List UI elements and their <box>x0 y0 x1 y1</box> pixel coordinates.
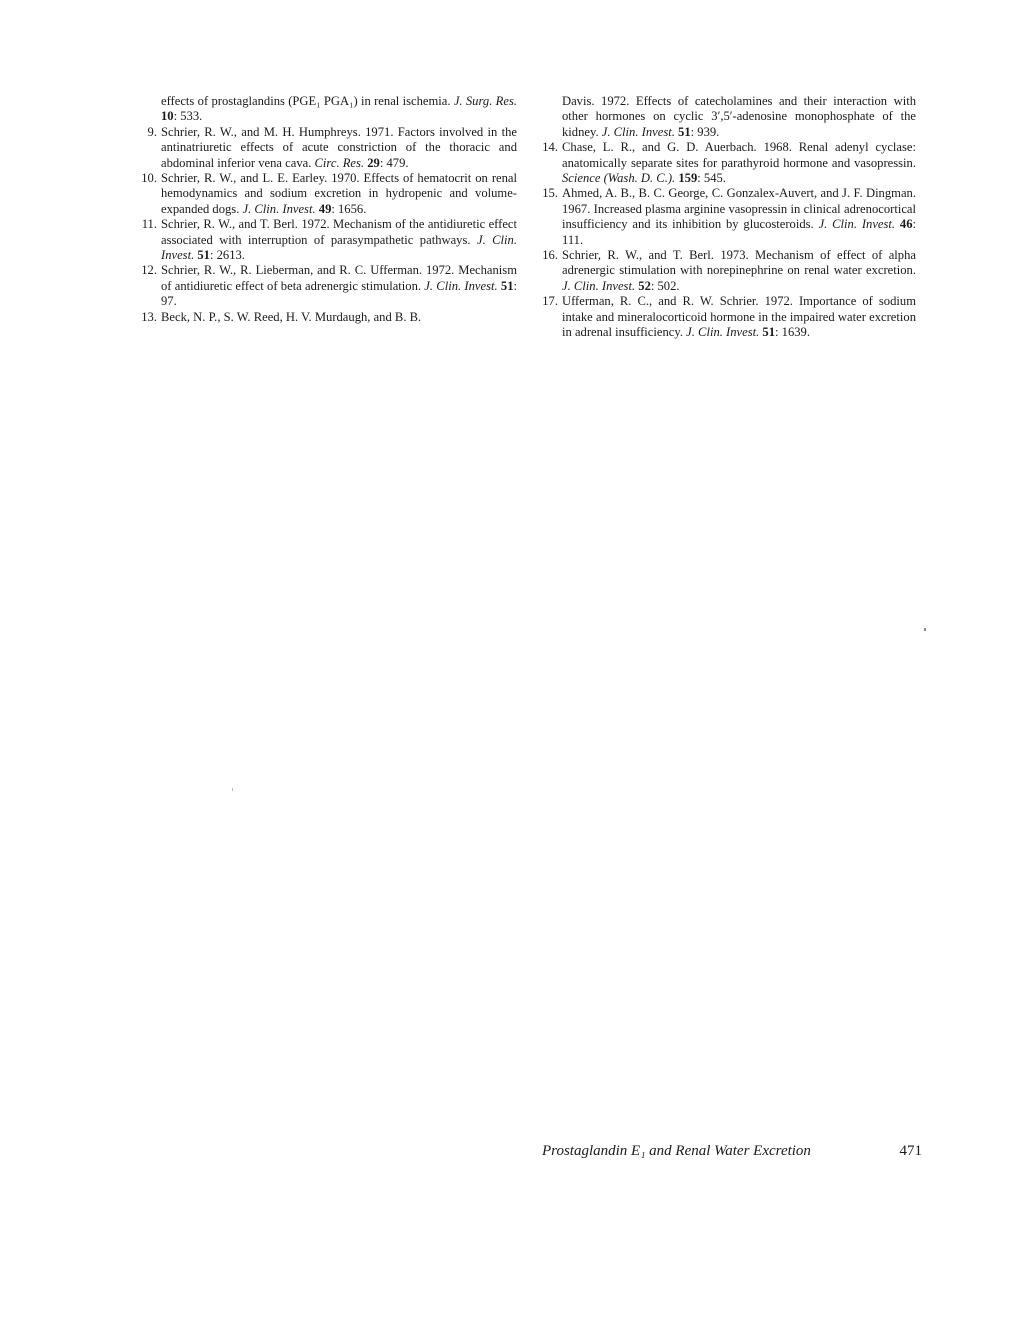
reference-item: 16. Schrier, R. W., and T. Berl. 1973. M… <box>538 248 916 294</box>
reference-number: 10. <box>137 171 157 186</box>
reference-volume: 159 <box>678 171 697 185</box>
reference-pages: : 1639. <box>775 325 810 339</box>
reference-pages: : 479. <box>380 156 409 170</box>
reference-pages: : 939. <box>691 125 720 139</box>
reference-volume: 51 <box>678 125 691 139</box>
reference-number: 17. <box>538 294 558 309</box>
reference-pages: : 502. <box>651 279 680 293</box>
references-right-column: Davis. 1972. Effects of catecholamines a… <box>538 94 916 341</box>
reference-volume: 52 <box>638 279 651 293</box>
reference-number: 9. <box>137 125 157 140</box>
reference-text: Chase, L. R., and G. D. Auerbach. 1968. … <box>562 140 916 169</box>
reference-volume: 49 <box>319 202 332 216</box>
reference-volume: 10 <box>161 109 174 123</box>
reference-journal: J. Surg. Res. <box>454 94 517 108</box>
reference-volume: 51 <box>197 248 210 262</box>
reference-item: 13. Beck, N. P., S. W. Reed, H. V. Murda… <box>137 310 517 325</box>
reference-item: 14. Chase, L. R., and G. D. Auerbach. 19… <box>538 140 916 186</box>
reference-number: 11. <box>137 217 157 232</box>
reference-journal: J. Clin. Invest. <box>602 125 675 139</box>
reference-journal: J. Clin. Invest. <box>819 217 896 231</box>
scan-speck <box>924 628 926 631</box>
reference-continuation: Davis. 1972. Effects of catecholamines a… <box>538 94 916 140</box>
reference-volume: 51 <box>762 325 775 339</box>
reference-item: 12. Schrier, R. W., R. Lieberman, and R.… <box>137 263 517 309</box>
reference-pages: : 2613. <box>210 248 245 262</box>
references-left-column: effects of prostaglandins (PGE₁ PGA₁) in… <box>137 94 517 325</box>
running-title: Prostaglandin E₁ and Renal Water Excreti… <box>542 1143 811 1160</box>
reference-journal: J. Clin. Invest. <box>686 325 759 339</box>
reference-text: Schrier, R. W., and T. Berl. 1973. Mecha… <box>562 248 916 277</box>
reference-item: 17. Ufferman, R. C., and R. W. Schrier. … <box>538 294 916 340</box>
reference-number: 16. <box>538 248 558 263</box>
reference-volume: 51 <box>501 279 514 293</box>
reference-item: 10. Schrier, R. W., and L. E. Earley. 19… <box>137 171 517 217</box>
reference-number: 14. <box>538 140 558 155</box>
reference-pages: : 545. <box>697 171 726 185</box>
reference-pages: : 1656. <box>331 202 366 216</box>
reference-journal: J. Clin. Invest. <box>562 279 635 293</box>
reference-number: 12. <box>137 263 157 278</box>
reference-text: Schrier, R. W., and T. Berl. 1972. Mecha… <box>161 217 517 246</box>
reference-text: effects of prostaglandins (PGE₁ PGA₁) in… <box>161 94 451 108</box>
reference-item: 9. Schrier, R. W., and M. H. Humphreys. … <box>137 125 517 171</box>
reference-number: 13. <box>137 310 157 325</box>
reference-item: 15. Ahmed, A. B., B. C. George, C. Gonza… <box>538 186 916 248</box>
reference-continuation: effects of prostaglandins (PGE₁ PGA₁) in… <box>137 94 517 125</box>
page-number: 471 <box>900 1143 923 1160</box>
reference-journal: J. Clin. Invest. <box>424 279 497 293</box>
reference-item: 11. Schrier, R. W., and T. Berl. 1972. M… <box>137 217 517 263</box>
reference-journal: J. Clin. Invest. <box>243 202 316 216</box>
scan-speck <box>232 788 233 791</box>
reference-number: 15. <box>538 186 558 201</box>
reference-journal: Circ. Res. <box>315 156 365 170</box>
reference-text: Beck, N. P., S. W. Reed, H. V. Murdaugh,… <box>161 310 421 324</box>
reference-volume: 29 <box>367 156 380 170</box>
reference-journal: Science (Wash. D. C.). <box>562 171 675 185</box>
reference-pages: : 533. <box>174 109 203 123</box>
reference-volume: 46 <box>900 217 913 231</box>
